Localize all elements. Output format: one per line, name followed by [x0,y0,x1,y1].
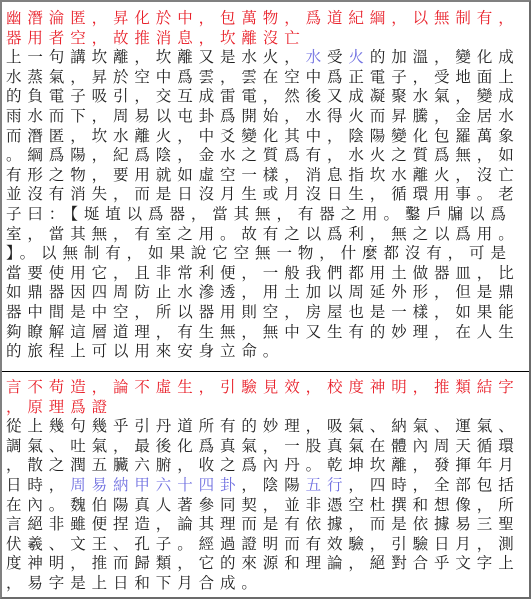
body-line: ，易字是上日和下月合成。 [6,574,526,594]
body-line: 室，當其無，有室之用。故有之以爲利，無之以爲用。 [6,225,526,245]
body-text: 如鼎器因四周防止水滲透，用土加以周延外形，但是鼎 [6,283,520,301]
body-text: 夠瞭解這層道理，有生無，無中又生有的妙理，在人生 [6,323,520,341]
section-2-body: 從上幾句幾乎引丹道所有的妙理，吸氣、納氣、運氣、調氣、吐氣，最後化爲真氣，一股真… [6,417,526,593]
section-2-heading-line-2: ，原理爲證 [6,398,526,418]
body-text: 器中間是中空，所以器用則空，房屋也是一樣，如果能 [6,303,520,321]
section-1-body: 上一句講坎離，坎離又是水火，水受火的加溫，變化成水蒸氣，昇於空中爲雲，雲在空中爲… [6,48,526,362]
body-text: 日時， [6,476,70,494]
body-text: 並沒有消失，而是日沒月生或月沒日生，循環用事。老 [6,185,520,203]
highlighted-text: 五行 [306,476,349,494]
body-line: 子曰：【埏埴以爲器，當其無，有器之用。鑿戶牖以爲 [6,205,526,225]
body-line: 當要使用它，且非常利便，一般我們都用土做器皿，比 [6,264,526,284]
body-text: ，陰陽 [241,476,305,494]
body-line: 調氣、吐氣，最後化爲真氣，一股真氣在體內周天循環 [6,437,526,457]
body-line: ，散之潤五臟六腑，收之爲內丹。乾坤坎離，發揮年月 [6,456,526,476]
body-text: 室，當其無，有室之用。故有之以爲利，無之以爲用。 [6,225,520,243]
body-text: 的旅程上可以用來安身立命。 [6,342,284,360]
section-divider [2,371,529,372]
body-line: 的負電子吸引，交互成雷電，然後又成凝聚水氣，變成 [6,87,526,107]
body-text: 從上幾句幾乎引丹道所有的妙理，吸氣、納氣、運氣、 [6,417,520,435]
body-text: 度神明，推而歸類，它的來源和理論，絕對合乎文字上 [6,554,520,572]
section-1: 幽潛淪匿，昇化於中，包萬物，爲道紀綱，以無制有， 器用者空，故推消息，坎離沒亡 … [6,9,526,362]
body-line: 上一句講坎離，坎離又是水火，水受火的加溫，變化成 [6,48,526,68]
body-text: 雨水而下，周易以屯卦爲開始，水得火而昇騰，金居水 [6,107,520,125]
body-text: 言絕非雖便捏造，論其理而是有依據，而是依據易三聖 [6,515,520,533]
body-text: 調氣、吐氣，最後化爲真氣，一股真氣在體內周天循環 [6,437,520,455]
body-line: 而潛匿，坎水離火，中爻變化其中，陰陽變化包羅萬象 [6,127,526,147]
highlighted-text: 水 [306,48,327,66]
body-line: 。綱爲陽，紀爲陰，金水之質爲有，水火之質爲無，如 [6,146,526,166]
body-text: 伏羲、文王、孔子。經過證明而有效驗，引驗日月，測 [6,535,520,553]
body-text: 的負電子吸引，交互成雷電，然後又成凝聚水氣，變成 [6,87,520,105]
document-frame: 幽潛淪匿，昇化於中，包萬物，爲道紀綱，以無制有， 器用者空，故推消息，坎離沒亡 … [0,0,531,599]
body-line: 言絕非雖便捏造，論其理而是有依據，而是依據易三聖 [6,515,526,535]
body-line: 在內。魏伯陽真人著參同契，並非憑空杜撰和想像，所 [6,496,526,516]
body-line: 有形之物，要用就如虛空一樣，消息指坎水離火，沒亡 [6,166,526,186]
body-text: ，易字是上日和下月合成。 [6,574,263,592]
highlighted-text: 火 [348,48,369,66]
body-text: 】。以無制有，如果說它空無一物，什麼都沒有，可是 [6,244,512,262]
section-2-heading-line-1: 言不苟造，論不虛生，引驗見效，校度神明，推類結字 [6,378,526,398]
body-text: 上一句講坎離，坎離又是水火， [6,48,306,66]
body-line: 雨水而下，周易以屯卦爲開始，水得火而昇騰，金居水 [6,107,526,127]
body-line: 的旅程上可以用來安身立命。 [6,342,526,362]
body-line: 夠瞭解這層道理，有生無，無中又生有的妙理，在人生 [6,323,526,343]
section-1-heading-line-2: 器用者空，故推消息，坎離沒亡 [6,29,526,49]
body-text: 有形之物，要用就如虛空一樣，消息指坎水離火，沒亡 [6,166,520,184]
body-text: 子曰：【埏埴以爲器，當其無，有器之用。鑿戶牖以爲 [6,205,512,223]
section-2: 言不苟造，論不虛生，引驗見效，校度神明，推類結字 ，原理爲證 從上幾句幾乎引丹道… [6,378,526,594]
body-line: 水蒸氣，昇於空中爲雲，雲在空中爲正電子，受地面上 [6,68,526,88]
body-line: 伏羲、文王、孔子。經過證明而有效驗，引驗日月，測 [6,535,526,555]
body-line: 日時，周易納甲六十四卦，陰陽五行，四時，全部包括 [6,476,526,496]
section-1-heading-line-1: 幽潛淪匿，昇化於中，包萬物，爲道紀綱，以無制有， [6,9,526,29]
body-line: 從上幾句幾乎引丹道所有的妙理，吸氣、納氣、運氣、 [6,417,526,437]
body-line: 度神明，推而歸類，它的來源和理論，絕對合乎文字上 [6,554,526,574]
body-line: 】。以無制有，如果說它空無一物，什麼都沒有，可是 [6,244,526,264]
body-text: 水蒸氣，昇於空中爲雲，雲在空中爲正電子，受地面上 [6,68,520,86]
body-text: 在內。魏伯陽真人著參同契，並非憑空杜撰和想像，所 [6,496,520,514]
body-text: 。綱爲陽，紀爲陰，金水之質爲有，水火之質爲無，如 [6,146,520,164]
body-line: 器中間是中空，所以器用則空，房屋也是一樣，如果能 [6,303,526,323]
body-text: 而潛匿，坎水離火，中爻變化其中，陰陽變化包羅萬象 [6,127,520,145]
body-text: 當要使用它，且非常利便，一般我們都用土做器皿，比 [6,264,520,282]
body-text: ，散之潤五臟六腑，收之爲內丹。乾坤坎離，發揮年月 [6,456,520,474]
body-text: 的加溫，變化成 [370,48,520,66]
highlighted-text: 周易納甲六十四卦 [70,476,241,494]
body-text: ，四時，全部包括 [348,476,519,494]
body-line: 並沒有消失，而是日沒月生或月沒日生，循環用事。老 [6,185,526,205]
body-text: 受 [327,48,348,66]
body-line: 如鼎器因四周防止水滲透，用土加以周延外形，但是鼎 [6,283,526,303]
